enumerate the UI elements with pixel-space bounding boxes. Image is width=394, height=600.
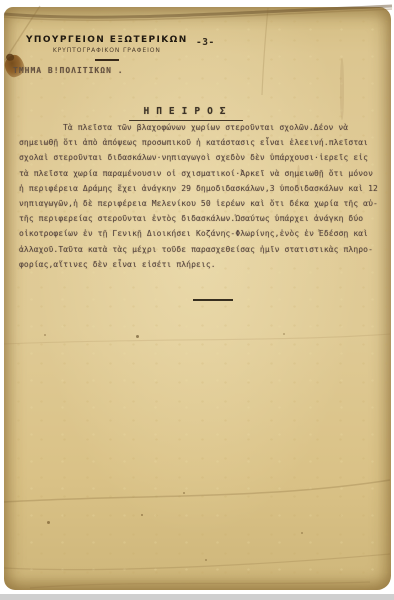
section-label: ΤΜΗΜΑ Β!ΠΟΛΙΤΙΚΩΝ .: [13, 66, 124, 75]
body-line: τῆς περιφερείας στεροῦνται ἐντὸς διδασκά…: [19, 211, 381, 226]
body-line: σημειωθῇ ὅτι ἀπὸ ἀπόψεως προσωπικοῦ ἡ κα…: [19, 135, 381, 150]
body-line: οἰκοτροφείων ἐν τῇ Γενικῇ Διοικήσει Κοζά…: [19, 226, 381, 241]
body-line: σχολαὶ στεροῦνται διδασκάλων·νηπιαγωγοὶ …: [19, 150, 381, 165]
letterhead-rule: [95, 59, 119, 61]
document-title-text: ΗΠΕΙΡΟΣ: [129, 106, 242, 121]
scan-background-strip: [0, 594, 394, 600]
body-line: φορίας,αἵτινες δὲν εἶναι εἰσέτι πλήρεις.: [19, 257, 381, 272]
body-line: νηπιαγωγῶν,ἡ δὲ περιφέρεια Μελενίκου 50 …: [19, 196, 381, 211]
body-line: ἀλλαχοῦ.Ταῦτα κατὰ τὰς μέχρι τοῦδε παρασ…: [19, 242, 381, 257]
ministry-name: ΥΠΟΥΡΓΕΙΟΝ ΕΞΩΤΕΡΙΚΩΝ: [26, 35, 188, 45]
body-paragraph: Τὰ πλεῖστα τῶν βλαχοφώνων χωρίων στεροῦν…: [19, 120, 381, 272]
closing-rule: [193, 299, 233, 301]
body-line: ἡ περιφέρεια Δράμης ἔχει ἀνάγκην 29 δημο…: [19, 181, 381, 196]
page-number: -3-: [196, 37, 215, 48]
body-line: Τὰ πλεῖστα τῶν βλαχοφώνων χωρίων στεροῦν…: [19, 120, 381, 135]
office-name: ΚΡΥΠΤΟΓΡΑΦΙΚΟΝ ΓΡΑΦΕΙΟΝ: [26, 47, 188, 54]
letterhead: ΥΠΟΥΡΓΕΙΟΝ ΕΞΩΤΕΡΙΚΩΝ ΚΡΥΠΤΟΓΡΑΦΙΚΟΝ ΓΡΑ…: [26, 35, 188, 61]
scanned-document-page: { "letterhead": { "ministry": "ΥΠΟΥΡΓΕΙΟ…: [0, 0, 394, 600]
document-title: ΗΠΕΙΡΟΣ: [0, 99, 372, 121]
body-line: τὰ πλεῖστα χωρία παραμένουσιν οἱ σχισματ…: [19, 166, 381, 181]
